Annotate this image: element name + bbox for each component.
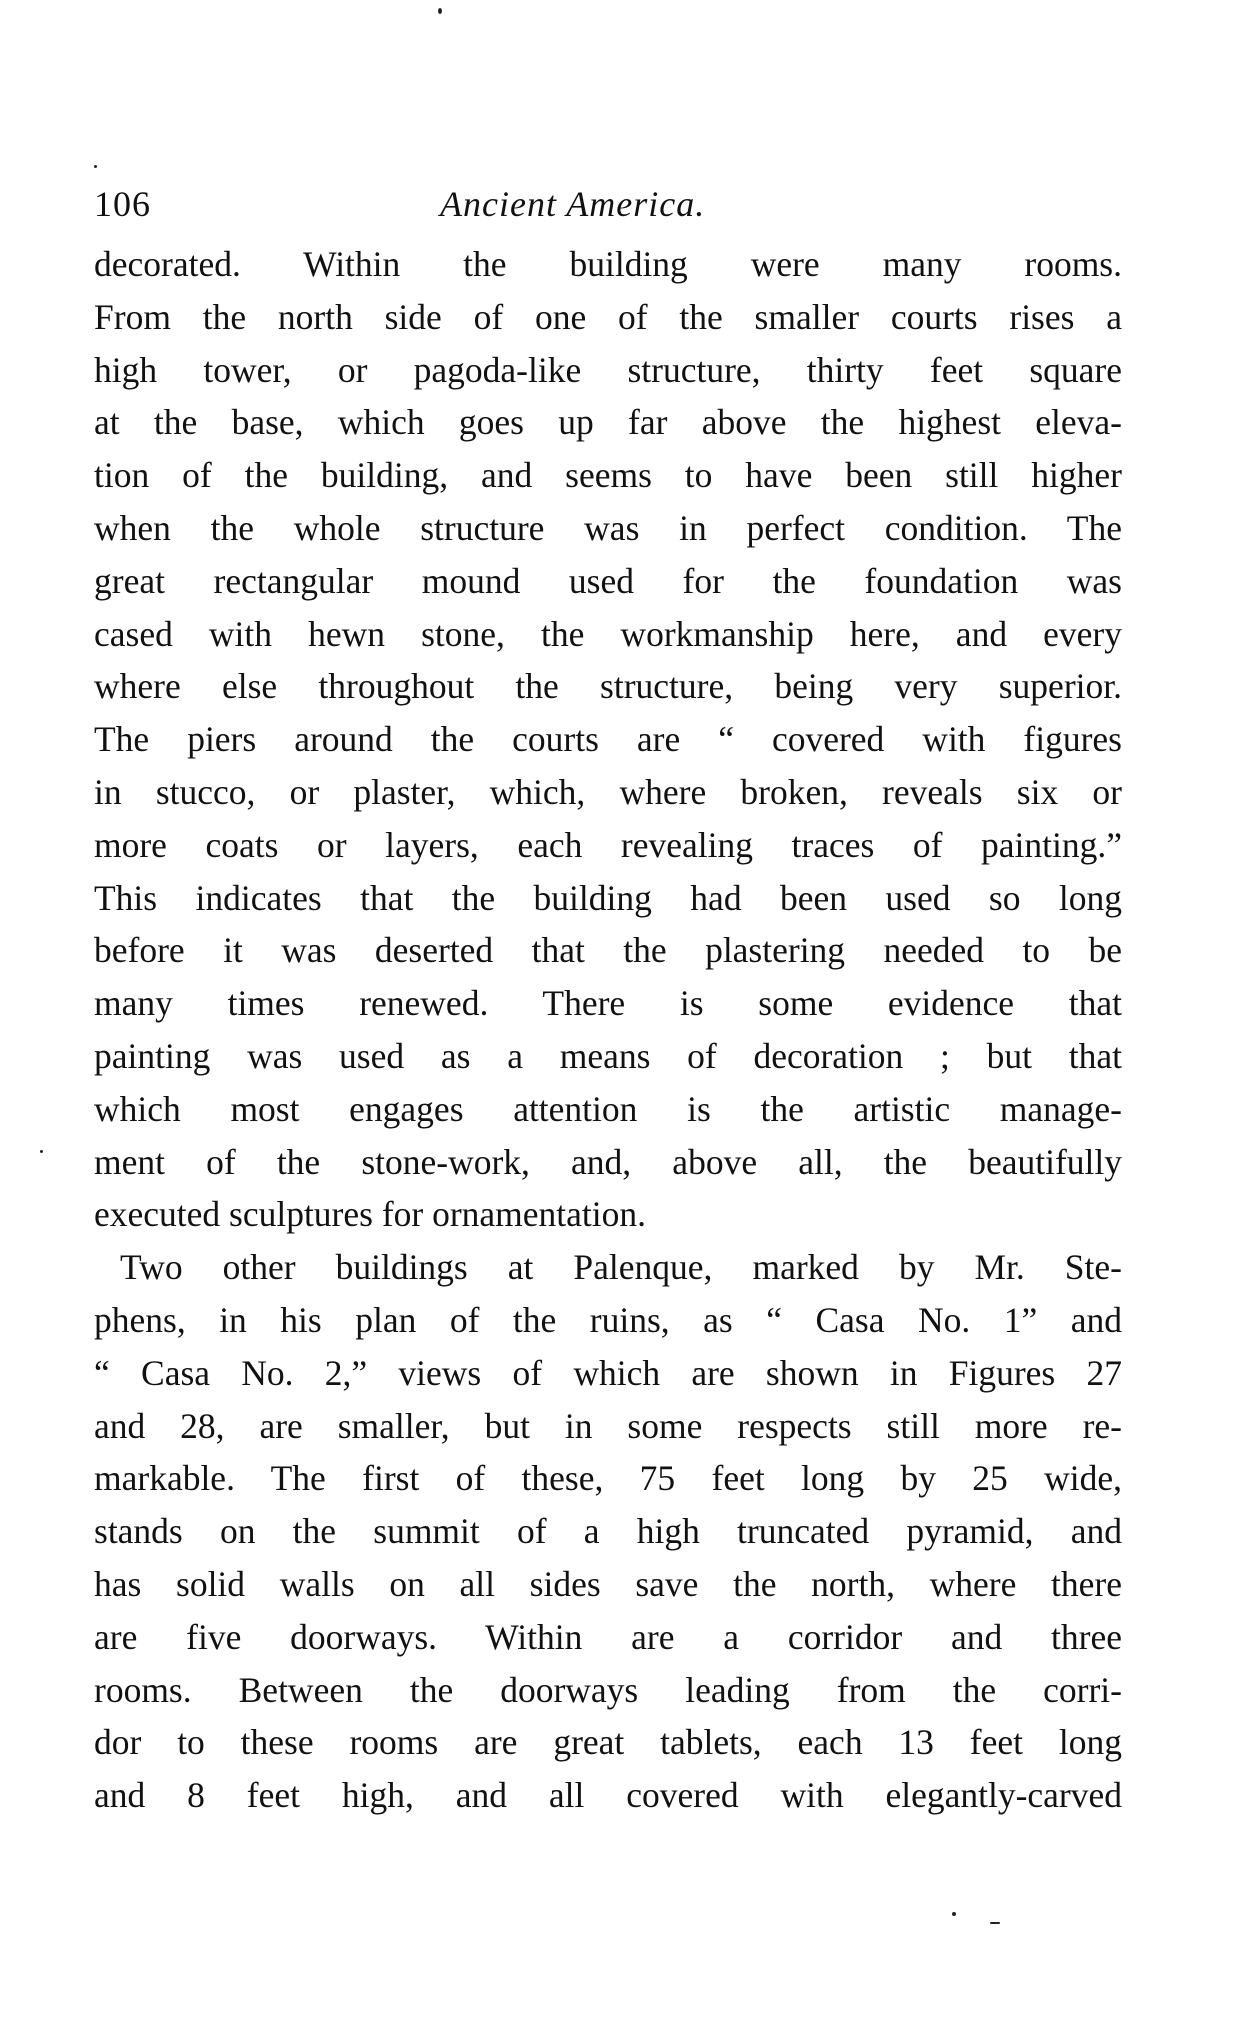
text-line: has solid walls on all sides save the no… — [94, 1558, 1122, 1611]
text-line: “ Casa No. 2,” views of which are shown … — [94, 1347, 1122, 1400]
text-line: great rectangular mound used for the fou… — [94, 555, 1122, 608]
text-line: and 8 feet high, and all covered with el… — [94, 1769, 1122, 1822]
text-line: The piers around the courts are “ covere… — [94, 713, 1122, 766]
text-line: high tower, or pagoda-like structure, th… — [94, 344, 1122, 397]
text-line: more coats or layers, each revealing tra… — [94, 819, 1122, 872]
text-line: where else throughout the structure, bei… — [94, 660, 1122, 713]
text-line: before it was deserted that the plasteri… — [94, 924, 1122, 977]
scan-speck — [952, 1912, 956, 1916]
body-text: decorated. Within the building were many… — [94, 238, 1122, 1822]
text-line: tion of the building, and seems to have … — [94, 449, 1122, 502]
scan-speck — [94, 165, 97, 168]
text-line: are five doorways. Within are a corridor… — [94, 1611, 1122, 1664]
paragraph-1: decorated. Within the building were many… — [94, 238, 1122, 1241]
scan-speck — [990, 1922, 1000, 1924]
text-line: dor to these rooms are great tablets, ea… — [94, 1716, 1122, 1769]
text-line: Two other buildings at Palenque, marked … — [94, 1241, 1122, 1294]
text-line: at the base, which goes up far above the… — [94, 396, 1122, 449]
book-page: 106 Ancient America. decorated. Within t… — [94, 0, 1122, 2037]
text-line: when the whole structure was in perfect … — [94, 502, 1122, 555]
text-line: stands on the summit of a high truncated… — [94, 1505, 1122, 1558]
scan-speck — [438, 8, 442, 14]
text-line: cased with hewn stone, the workmanship h… — [94, 608, 1122, 661]
text-line: many times renewed. There is some eviden… — [94, 977, 1122, 1030]
running-head: 106 Ancient America. — [94, 183, 1122, 233]
text-line: which most engages attention is the arti… — [94, 1083, 1122, 1136]
text-line: painting was used as a means of decorati… — [94, 1030, 1122, 1083]
text-line: phens, in his plan of the ruins, as “ Ca… — [94, 1294, 1122, 1347]
text-line: in stucco, or plaster, which, where brok… — [94, 766, 1122, 819]
text-line: From the north side of one of the smalle… — [94, 291, 1122, 344]
page-number: 106 — [94, 183, 151, 225]
running-title: Ancient America. — [440, 183, 705, 225]
paragraph-2: Two other buildings at Palenque, marked … — [94, 1241, 1122, 1822]
text-line: decorated. Within the building were many… — [94, 238, 1122, 291]
scan-speck — [40, 1150, 43, 1153]
text-line: and 28, are smaller, but in some respect… — [94, 1400, 1122, 1453]
text-line: This indicates that the building had bee… — [94, 872, 1122, 925]
text-line: markable. The first of these, 75 feet lo… — [94, 1452, 1122, 1505]
text-line: ment of the stone-work, and, above all, … — [94, 1136, 1122, 1189]
text-line: rooms. Between the doorways leading from… — [94, 1664, 1122, 1717]
text-line: executed sculptures for ornamentation. — [94, 1188, 1122, 1241]
